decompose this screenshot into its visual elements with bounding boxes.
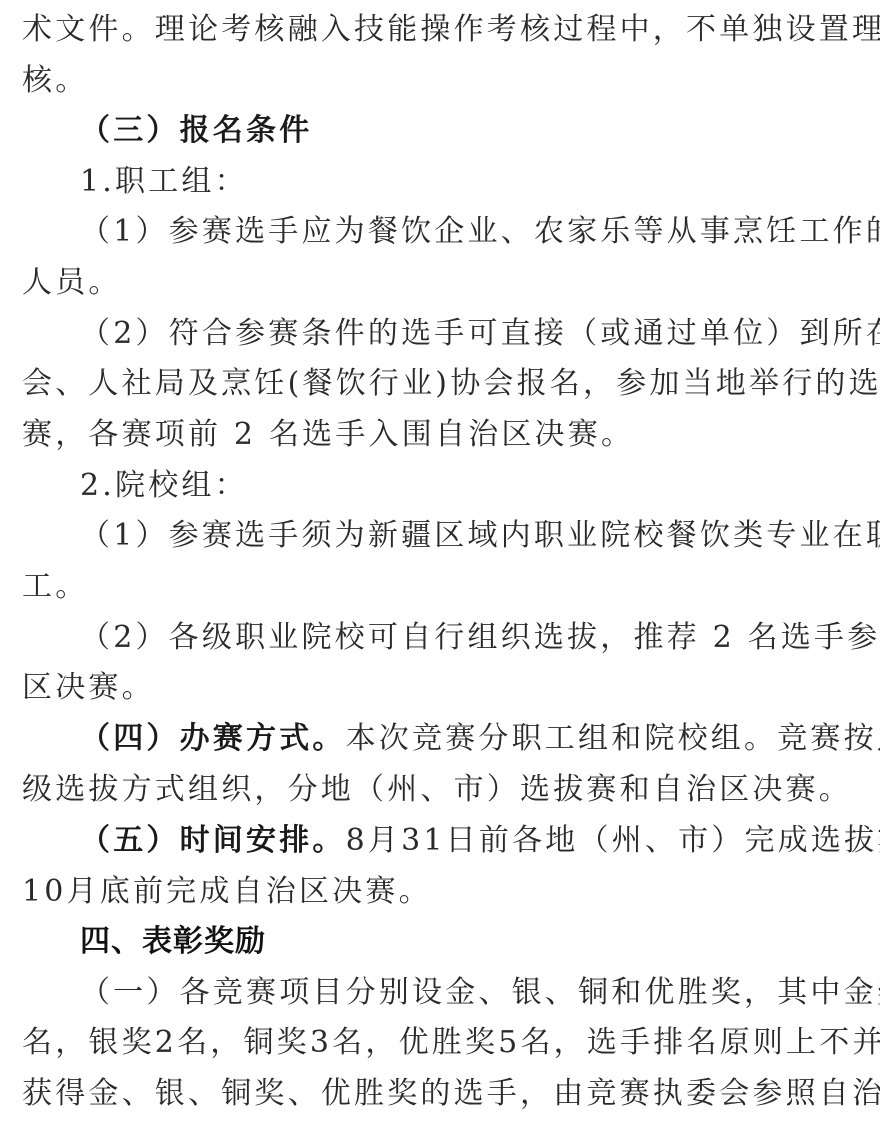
paragraph-line: 人员。 [22,257,122,308]
paragraph-schedule: （五）时间安排。8月31日前各地（州、市）完成选拔赛， [80,815,880,866]
paragraph-line: （2）各级职业院校可自行组织选拔，推荐 2 名选手参加自治 [80,612,880,663]
section-heading-registration: （三）报名条件 [80,105,312,156]
paragraph-line: 区决赛。 [22,662,155,713]
subsection-school-group: 2.院校组： [80,460,248,511]
paragraph-line: 会、人社局及烹饪(餐饮行业)协会报名，参加当地举行的选拔 [22,358,880,409]
schedule-text: 8月31日前各地（州、市）完成选拔赛， [346,823,880,858]
paragraph-line: （2）符合参赛条件的选手可直接（或通过单位）到所在地工 [80,308,880,359]
paragraph-line: 术文件。理论考核融入技能操作考核过程中，不单独设置理论考 [22,4,880,55]
paragraph-line: 赛，各赛项前 2 名选手入围自治区决赛。 [22,409,634,460]
format-text: 本次竞赛分职工组和院校组。竞赛按照分 [346,721,880,756]
paragraph-line: 核。 [22,55,88,106]
paragraph-line: 10月底前完成自治区决赛。 [22,866,432,917]
paragraph-line: 名，银奖2名，铜奖3名，优胜奖5名，选手排名原则上不并列。对 [22,1017,880,1068]
paragraph-line: （一）各竞赛项目分别设金、银、铜和优胜奖，其中金奖1 [80,967,880,1018]
paragraph-line: （1）参赛选手应为餐饮企业、农家乐等从事烹饪工作的在职 [80,206,880,257]
section-heading-awards: 四、表彰奖励 [80,916,266,967]
paragraph-line: 工。 [22,561,88,612]
paragraph-line: 获得金、银、铜奖、优胜奖的选手，由竞赛执委会参照自治区职 [22,1068,880,1119]
paragraph-format: （四）办赛方式。本次竞赛分职工组和院校组。竞赛按照分 [80,713,880,764]
paragraph-line: （1）参赛选手须为新疆区域内职业院校餐饮类专业在职员 [80,510,880,561]
subsection-staff-group: 1.职工组： [80,156,248,207]
schedule-label: （五）时间安排。 [80,823,346,858]
paragraph-line: 级选拔方式组织，分地（州、市）选拔赛和自治区决赛。 [22,764,852,815]
format-label: （四）办赛方式。 [80,721,346,756]
